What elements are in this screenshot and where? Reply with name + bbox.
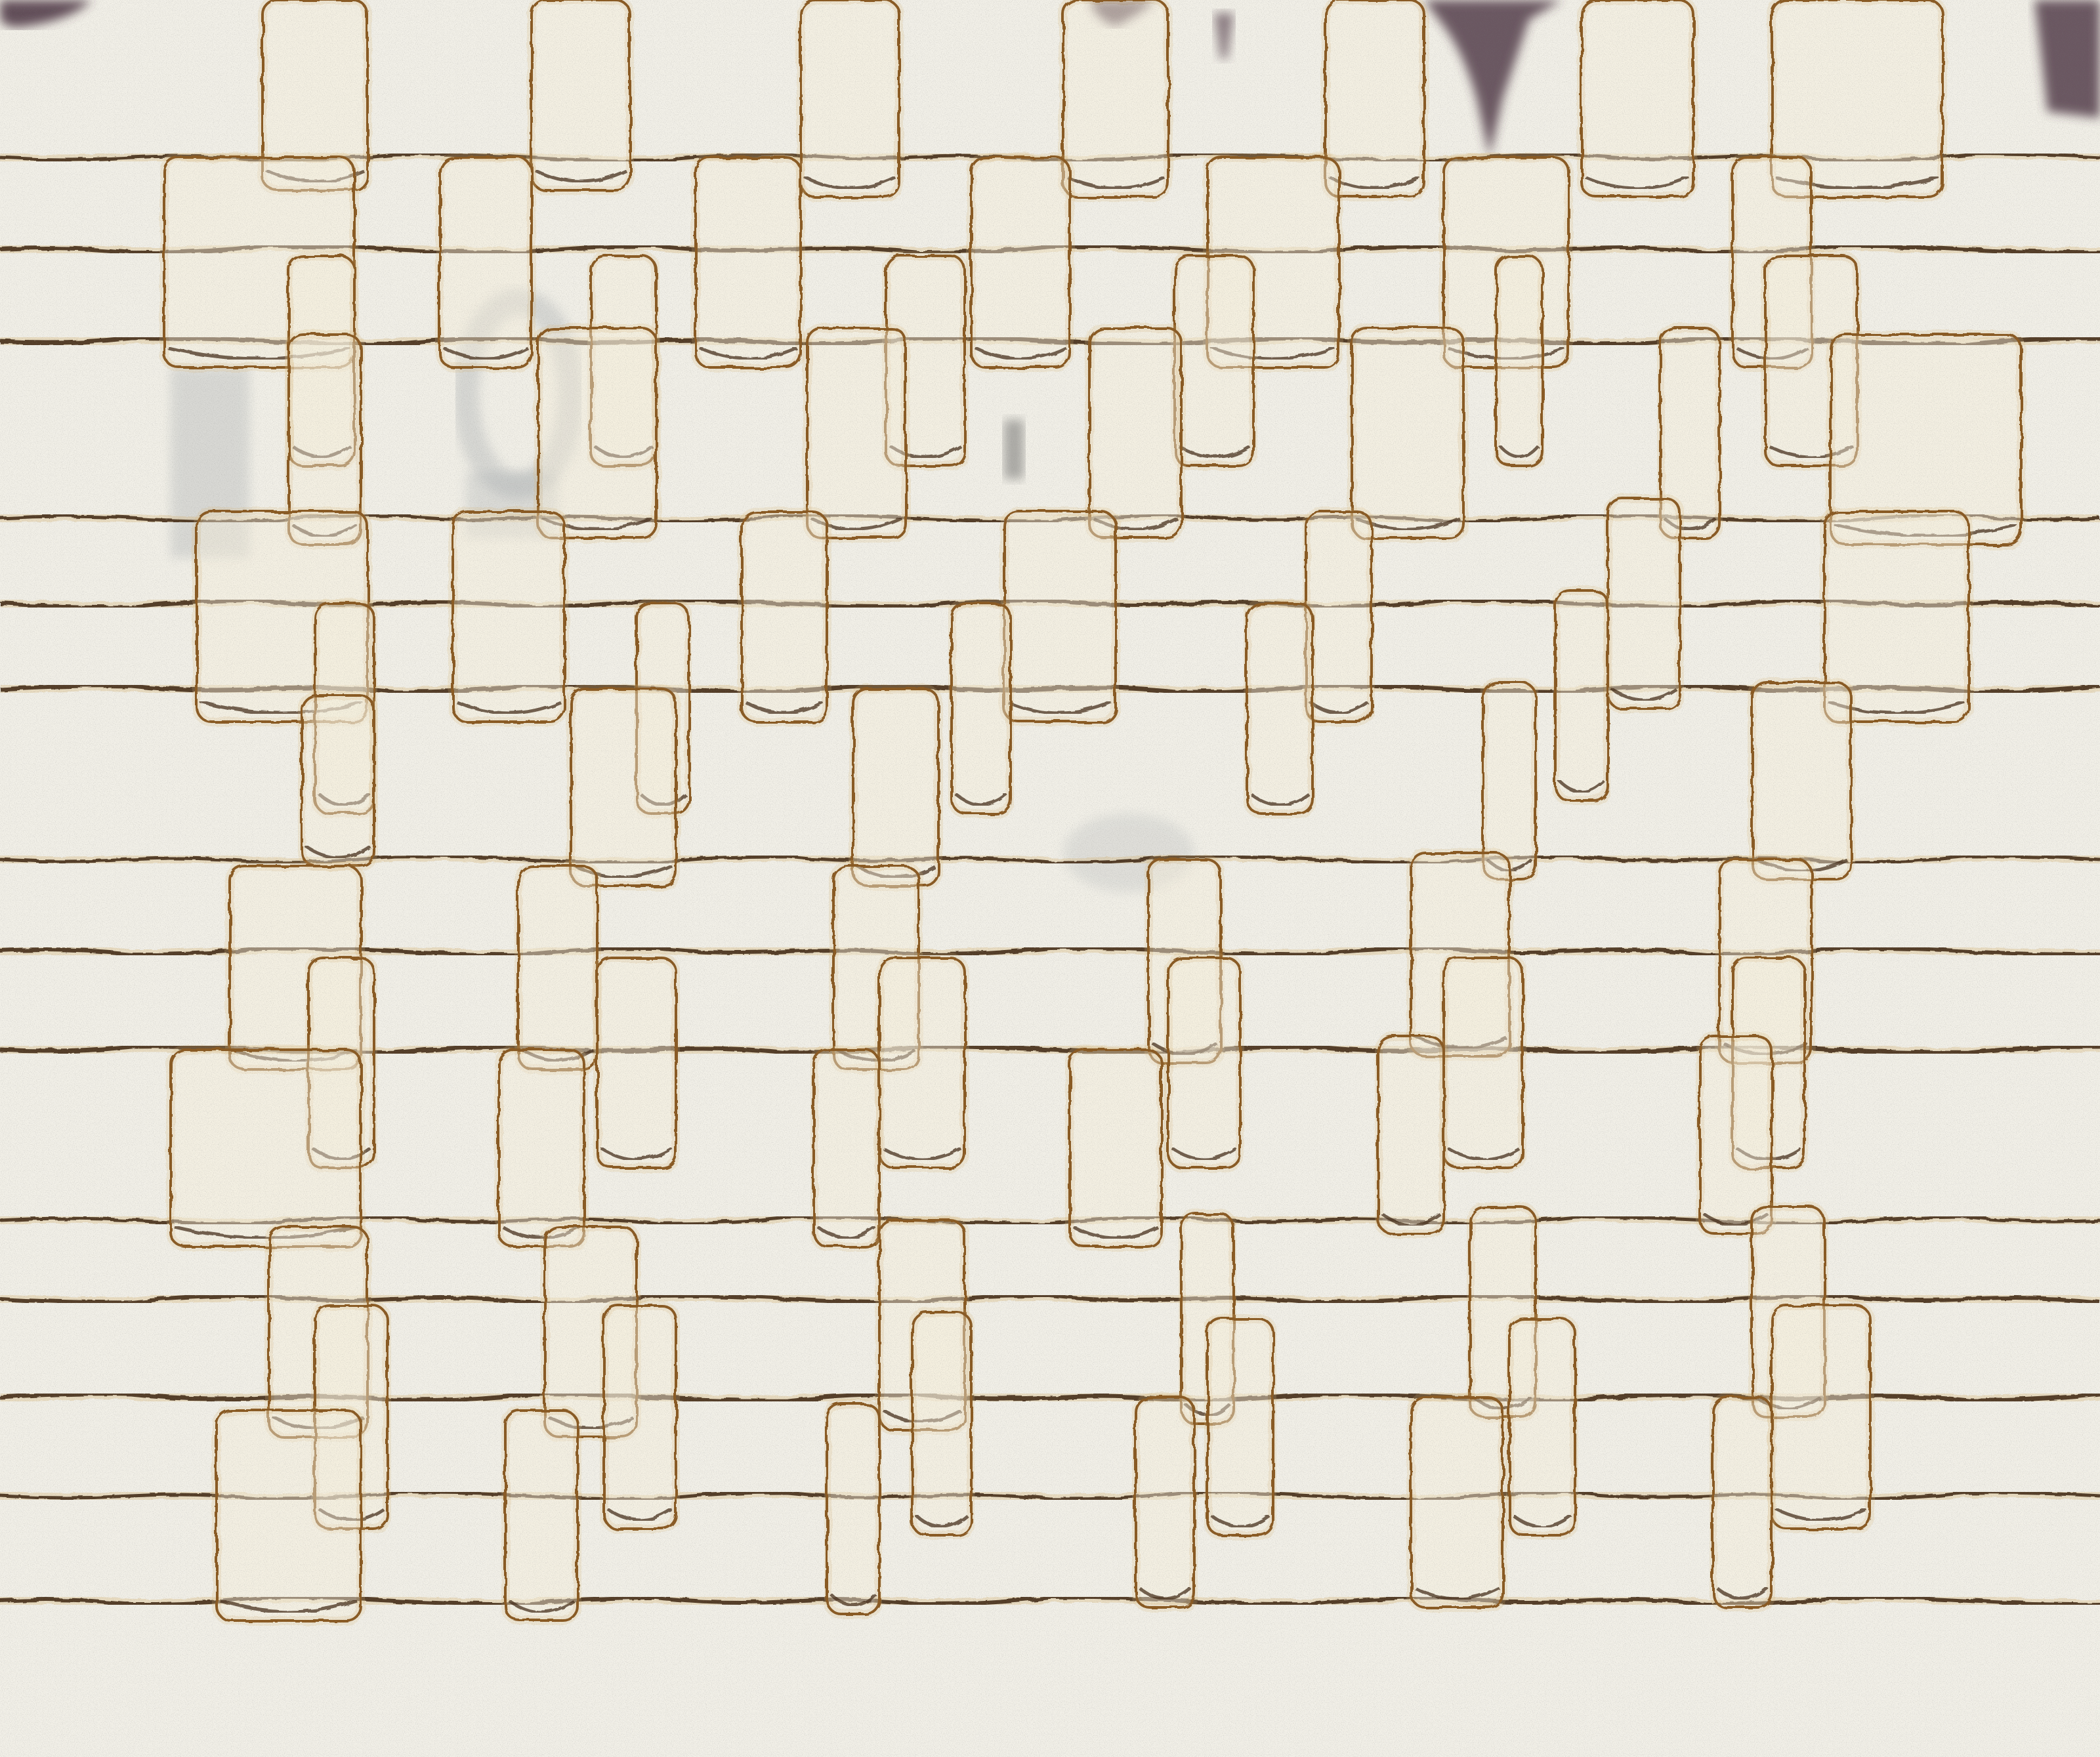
paper-grain (0, 0, 2100, 1757)
artwork-canvas (0, 0, 2100, 1757)
burned-grid-artwork (0, 0, 2100, 1757)
